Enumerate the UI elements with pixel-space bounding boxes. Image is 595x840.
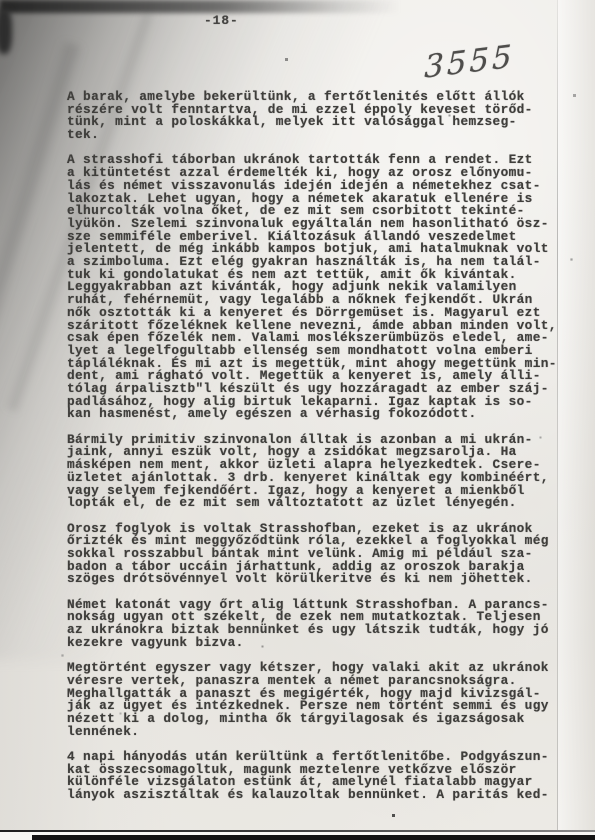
typewritten-text-block: A barak, amelybe bekerültünk, a fertőtle… — [67, 91, 572, 814]
handwritten-annotation: 3555 — [424, 38, 515, 85]
paragraph-5: Német katonát vagy őrt alig láttunk Stra… — [67, 599, 572, 650]
paragraph-1: A barak, amelybe bekerültünk, a fertőtle… — [67, 91, 572, 142]
scan-bottom-black-band — [32, 835, 595, 840]
scan-noise-speckles — [0, 0, 1, 1]
paragraph-4: Orosz foglyok is voltak Strasshofban, ez… — [67, 523, 572, 587]
paragraph-6: Megtörtént egyszer vagy kétszer, hogy va… — [67, 662, 572, 738]
paragraph-2: A strasshofi táborban ukránok tartották … — [67, 154, 572, 421]
scanned-document-page: -18- 3555 A barak, amelybe bekerültünk, … — [0, 0, 595, 840]
scan-bottom-line — [0, 830, 595, 832]
scan-shadow-top-edge — [0, 0, 400, 13]
scan-bottom-white-strip — [0, 832, 595, 840]
scan-edge-blot — [0, 8, 12, 54]
paragraph-3: Bármily primitiv szinvonalon álltak is a… — [67, 434, 572, 510]
paragraph-7: 4 napi hányodás után kerültünk a fertőtl… — [67, 751, 572, 802]
page-number: -18- — [204, 13, 239, 28]
